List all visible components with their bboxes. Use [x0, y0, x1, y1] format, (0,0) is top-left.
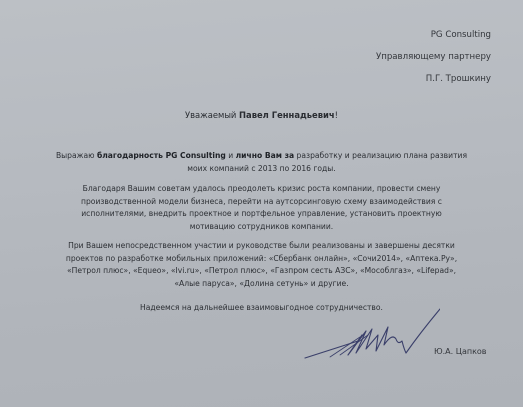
text-fragment: Выражаю [56, 151, 97, 160]
text-fragment: и [226, 151, 236, 160]
bold-fragment: лично Вам за [236, 151, 295, 160]
addressee-position: Управляющему партнеру [376, 46, 491, 68]
signature-icon [300, 305, 440, 365]
paragraph-achievements: Благодаря Вашим советам удалось преодоле… [58, 183, 465, 234]
bold-fragment: благодарность PG Consulting [97, 151, 226, 160]
paragraph-gratitude: Выражаю благодарность PG Consulting и ли… [48, 150, 475, 175]
letter-page: PG Consulting Управляющему партнеру П.Г.… [0, 0, 523, 407]
greeting: Уважаемый Павел Геннадьевич! [0, 110, 523, 120]
addressee-company: PG Consulting [376, 24, 491, 46]
greeting-prefix: Уважаемый [185, 110, 239, 120]
signer-name: Ю.А. Цапков [434, 347, 487, 356]
greeting-name: Павел Геннадьевич [239, 110, 335, 120]
addressee-name: П.Г. Трошкину [376, 68, 491, 90]
greeting-suffix: ! [335, 110, 338, 120]
addressee-block: PG Consulting Управляющему партнеру П.Г.… [376, 24, 491, 90]
paragraph-projects: При Вашем непосредственном участии и рук… [58, 240, 465, 291]
